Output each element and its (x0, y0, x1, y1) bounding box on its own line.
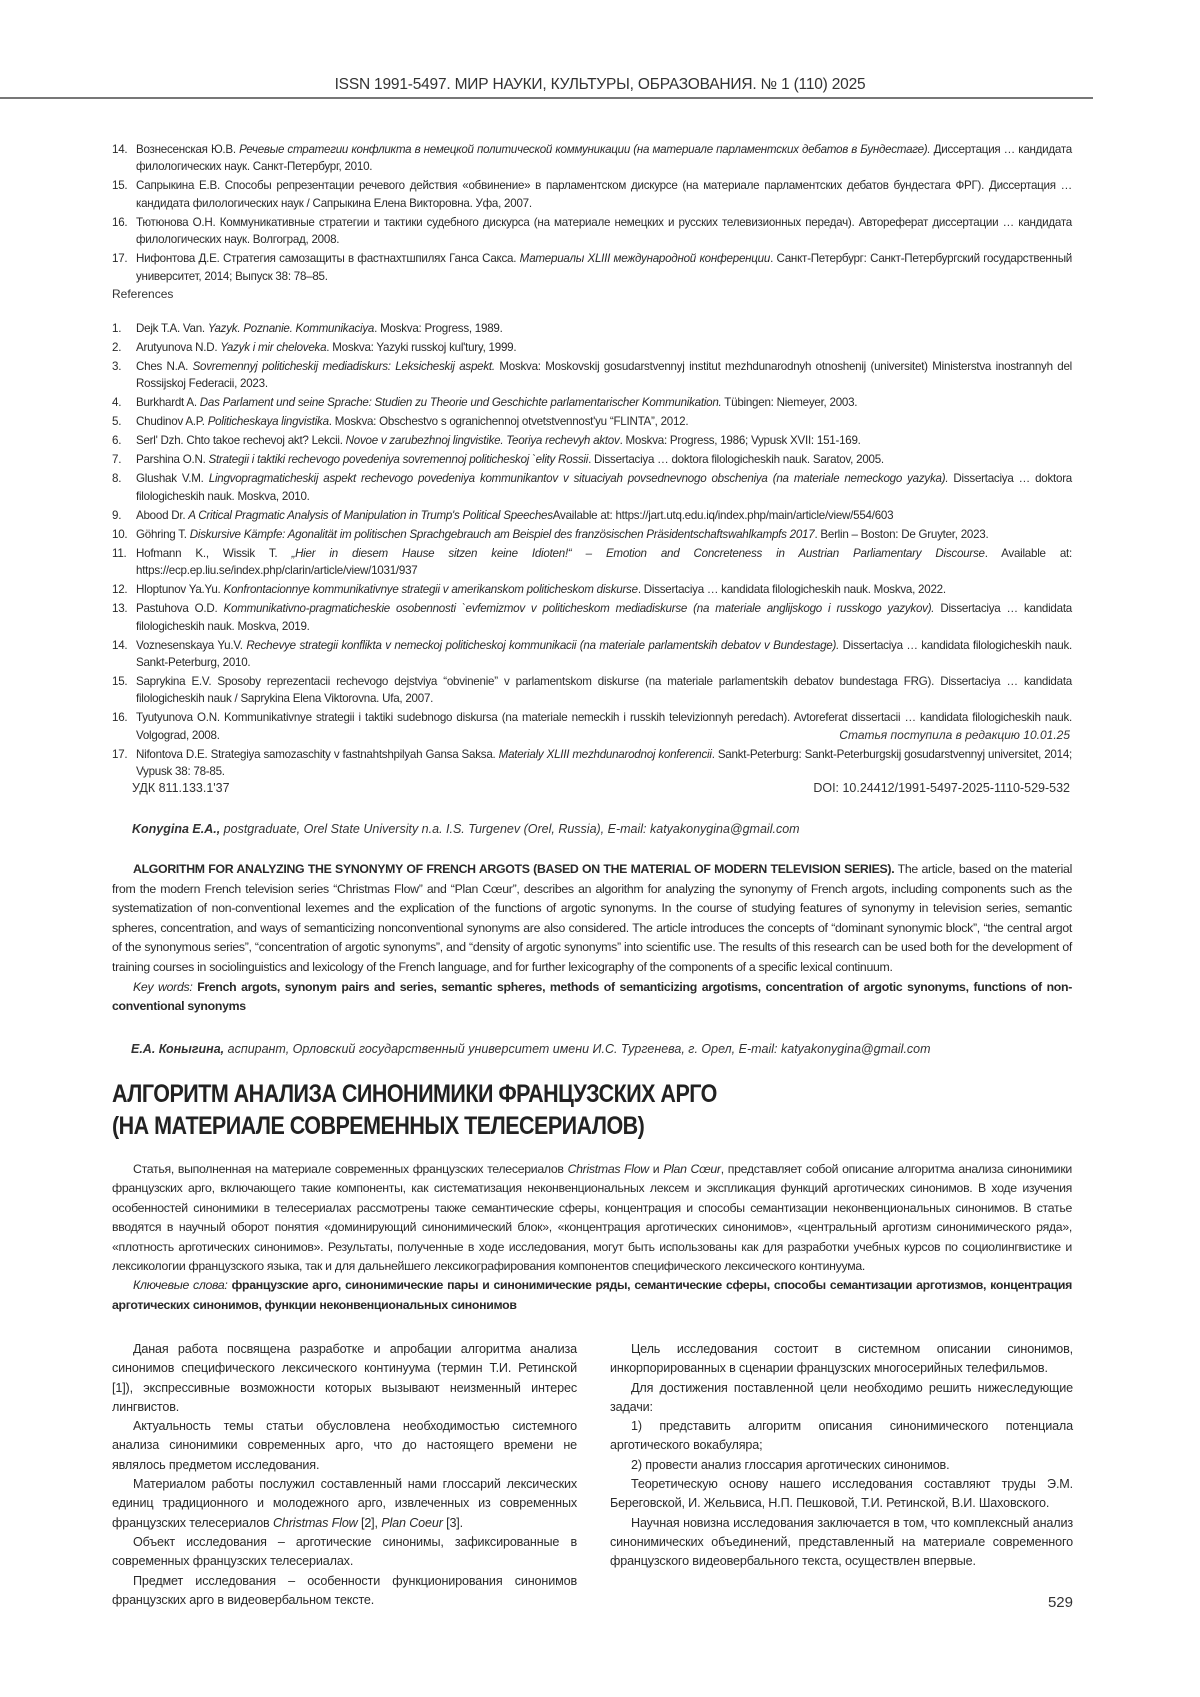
reference-number: 10. (112, 526, 127, 543)
udk-code: УДК 811.133.1'37 (132, 781, 230, 795)
reference-item: 17.Нифонтова Д.Е. Стратегия самозащиты в… (112, 250, 1072, 285)
reference-item: 6.Serl' Dzh. Chto takoe rechevoj akt? Le… (112, 432, 1072, 449)
author-name-en: Konygina E.A., (132, 822, 220, 836)
reference-number: 11. (112, 545, 127, 562)
author-name-ru: Е.А. Коныгина, (131, 1042, 224, 1056)
reference-number: 7. (112, 451, 121, 468)
keywords-en: Key words: French argots, synonym pairs … (112, 978, 1072, 1017)
journal-page: ISSN 1991-5497. МИР НАУКИ, КУЛЬТУРЫ, ОБР… (0, 0, 1200, 1697)
reference-number: 15. (112, 177, 127, 194)
russian-reference-list: 14.Вознесенская Ю.В. Речевые стратегии к… (112, 141, 1072, 287)
reference-item: 13.Pastuhova O.D. Kommunikativno-pragmat… (112, 600, 1072, 635)
article-title-en: ALGORITHM FOR ANALYZING THE SYNONYMY OF … (133, 862, 894, 876)
reference-item: 14.Voznesenskaya Yu.V. Rechevye strategi… (112, 637, 1072, 672)
reference-item: 3.Ches N.A. Sovremennyj politicheskij me… (112, 358, 1072, 393)
paragraph: Цель исследования состоит в системном оп… (610, 1340, 1073, 1379)
body-column-right: Цель исследования состоит в системном оп… (610, 1340, 1073, 1572)
abstract-body-en: The article, based on the material from … (112, 862, 1072, 974)
author-details-ru: аспирант, Орловский государственный унив… (224, 1042, 930, 1056)
paragraph: Предмет исследования – особенности функц… (112, 1572, 577, 1611)
reference-item: 7.Parshina O.N. Strategii i taktiki rech… (112, 451, 1072, 468)
reference-item: 5.Chudinov A.P. Politicheskaya lingvisti… (112, 413, 1072, 430)
paragraph: Актуальность темы статьи обусловлена нео… (112, 1417, 577, 1475)
reference-number: 14. (112, 637, 127, 654)
keywords-list-en: French argots, synonym pairs and series,… (112, 980, 1072, 1014)
reference-item: 8.Glushak V.M. Lingvopragmaticheskij asp… (112, 470, 1072, 505)
reference-item: 16.Тютюнова О.Н. Коммуникативные стратег… (112, 214, 1072, 249)
keywords-list-ru: французские арго, синонимические пары и … (112, 1278, 1072, 1311)
reference-item: 10.Göhring T. Diskursive Kämpfe: Agonali… (112, 526, 1072, 543)
reference-item: 1.Dejk T.A. Van. Yazyk. Poznanie. Kommun… (112, 320, 1072, 337)
author-affiliation-ru: Е.А. Коныгина, аспирант, Орловский госуд… (131, 1042, 931, 1056)
reference-item: 14.Вознесенская Ю.В. Речевые стратегии к… (112, 141, 1072, 176)
article-title-ru-line2: (НА МАТЕРИАЛЕ СОВРЕМЕННЫХ ТЕЛЕСЕРИАЛОВ) (112, 1112, 644, 1140)
paragraph: Материалом работы послужил составленный … (112, 1475, 577, 1533)
keywords-label-en: Key words: (133, 980, 192, 994)
reference-item: 11.Hofmann K., Wissik T. „Hier in diesem… (112, 545, 1072, 580)
reference-number: 8. (112, 470, 121, 487)
abstract-ru-text: и (649, 1162, 663, 1176)
reference-number: 13. (112, 600, 127, 617)
paragraph: Теоретическую основу нашего исследования… (610, 1475, 1073, 1514)
reference-number: 16. (112, 214, 127, 231)
reference-number: 4. (112, 394, 121, 411)
reference-number: 17. (112, 746, 127, 763)
reference-item: 12.Hloptunov Ya.Yu. Konfrontacionnye kom… (112, 581, 1072, 598)
reference-item: 9.Abood Dr. A Critical Pragmatic Analysi… (112, 507, 1072, 524)
english-reference-list: 1.Dejk T.A. Van. Yazyk. Poznanie. Kommun… (112, 320, 1072, 782)
paragraph: Научная новизна исследования заключается… (610, 1514, 1073, 1572)
reference-number: 9. (112, 507, 121, 524)
article-title-ru: АЛГОРИТМ АНАЛИЗА СИНОНИМИКИ ФРАНЦУЗСКИХ … (112, 1078, 717, 1142)
reference-item: 2.Arutyunova N.D. Yazyk i mir cheloveka.… (112, 339, 1072, 356)
reference-number: 1. (112, 320, 121, 337)
running-header: ISSN 1991-5497. МИР НАУКИ, КУЛЬТУРЫ, ОБР… (0, 76, 1093, 94)
header-rule (0, 97, 1093, 99)
author-details-en: postgraduate, Orel State University n.a.… (220, 822, 799, 836)
reference-number: 12. (112, 581, 127, 598)
paragraph: Для достижения поставленной цели необход… (610, 1379, 1073, 1418)
article-title-ru-line1: АЛГОРИТМ АНАЛИЗА СИНОНИМИКИ ФРАНЦУЗСКИХ … (112, 1080, 717, 1108)
keywords-ru: Ключевые слова: французские арго, синони… (112, 1276, 1072, 1315)
reference-number: 14. (112, 141, 127, 158)
reference-number: 6. (112, 432, 121, 449)
series-title: Christmas Flow (568, 1162, 649, 1176)
series-title: Plan Cœur (663, 1162, 721, 1176)
doi-link[interactable]: DOI: 10.24412/1991-5497-2025-1110-529-53… (813, 781, 1070, 795)
paragraph: 1) представить алгоритм описания синоним… (610, 1417, 1073, 1456)
reference-item: 15.Saprykina E.V. Sposoby reprezentacii … (112, 673, 1072, 708)
reference-number: 15. (112, 673, 127, 690)
page-number: 529 (1048, 1594, 1073, 1611)
reference-number: 5. (112, 413, 121, 430)
paragraph: Даная работа посвящена разработке и апро… (112, 1340, 577, 1417)
reference-number: 3. (112, 358, 121, 375)
reference-number: 17. (112, 250, 127, 267)
reference-number: 2. (112, 339, 121, 356)
reference-item: 15.Сапрыкина Е.В. Способы репрезентации … (112, 177, 1072, 212)
reference-item: 17.Nifontova D.E. Strategiya samozaschit… (112, 746, 1072, 781)
abstract-ru-text: Статья, выполненная на материале совреме… (133, 1162, 568, 1176)
abstract-ru: Статья, выполненная на материале совреме… (112, 1160, 1072, 1315)
author-affiliation-en: Konygina E.A., postgraduate, Orel State … (132, 822, 800, 836)
received-date-note: Статья поступила в редакцию 10.01.25 (839, 728, 1070, 742)
keywords-label-ru: Ключевые слова: (133, 1278, 228, 1292)
paragraph: 2) провести анализ глоссария арготически… (610, 1456, 1073, 1475)
paragraph: Объект исследования – арготические синон… (112, 1533, 577, 1572)
reference-item: 4.Burkhardt A. Das Parlament und seine S… (112, 394, 1072, 411)
references-heading: References (112, 287, 173, 301)
abstract-en: ALGORITHM FOR ANALYZING THE SYNONYMY OF … (112, 860, 1072, 1017)
abstract-ru-text: , представляет собой описание алгоритма … (112, 1162, 1072, 1273)
reference-number: 16. (112, 709, 127, 726)
body-column-left: Даная работа посвящена разработке и апро… (112, 1340, 577, 1610)
